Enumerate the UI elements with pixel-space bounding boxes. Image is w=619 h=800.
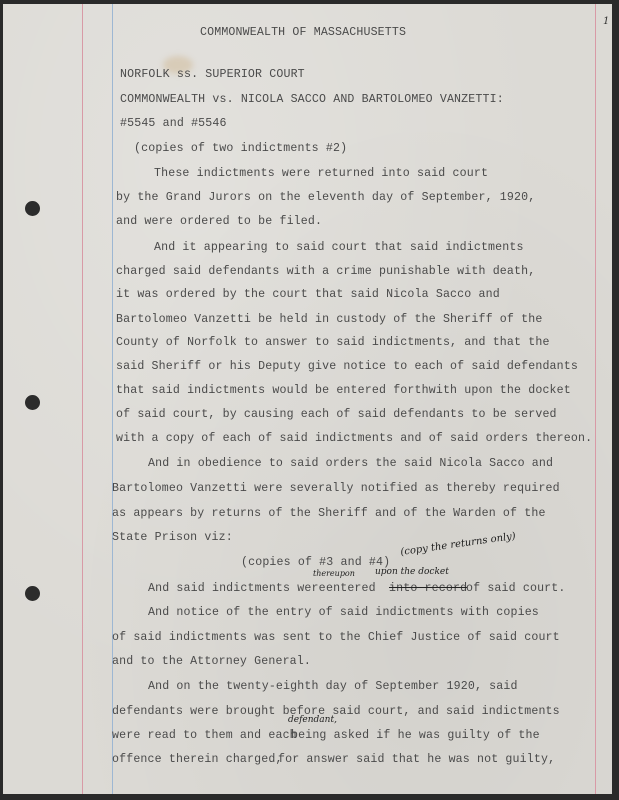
handwritten-copy-note: (copy the returns only) <box>400 531 517 558</box>
copies-note: (copies of two indictments #2) <box>134 142 347 155</box>
text-line: being asked if he was guilty of the <box>291 729 540 742</box>
text-line: offence therein charged, <box>112 753 283 766</box>
text-line: of said indictments was sent to the Chie… <box>112 631 560 644</box>
text-line: of said court, by causing each of said d… <box>116 408 557 421</box>
text-line: Bartolomeo Vanzetti be held in custody o… <box>116 313 542 326</box>
struck-text: into record <box>389 582 467 595</box>
text-line: And in obedience to said orders the said… <box>148 457 553 470</box>
page-number: 1 <box>603 16 609 27</box>
text-line: County of Norfolk to answer to said indi… <box>116 336 550 349</box>
handwritten-thereupon: thereupon <box>313 569 355 578</box>
punch-hole <box>25 201 40 216</box>
margin-line-blue <box>112 4 113 794</box>
text-line: by the Grand Jurors on the eleventh day … <box>116 191 535 204</box>
text-line: said Sheriff or his Deputy give notice t… <box>116 360 578 373</box>
text-line: and were ordered to be filed. <box>116 215 322 228</box>
text-line: with a copy of each of said indictments … <box>116 432 592 445</box>
text-line: entered <box>326 582 376 595</box>
text-line: And it appearing to said court that said… <box>154 241 524 254</box>
text-line: and to the Attorney General. <box>112 655 311 668</box>
text-line: it was ordered by the court that said Ni… <box>116 288 500 301</box>
punch-hole <box>25 586 40 601</box>
court-line: NORFOLK ss. SUPERIOR COURT <box>120 68 305 81</box>
text-line: as appears by returns of the Sheriff and… <box>112 507 546 520</box>
case-line: COMMONWEALTH vs. NICOLA SACCO AND BARTOL… <box>120 93 504 106</box>
margin-line-red-right <box>595 4 596 794</box>
text-line: charged said defendants with a crime pun… <box>116 265 535 278</box>
document-heading: COMMONWEALTH OF MASSACHUSETTS <box>200 26 406 39</box>
text-line: (copies of #3 and #4) <box>241 556 390 569</box>
text-line: And on the twenty-eighth day of Septembe… <box>148 680 518 693</box>
case-numbers: #5545 and #5546 <box>120 117 227 130</box>
text-line: These indictments were returned into sai… <box>154 167 488 180</box>
margin-line-red-left <box>82 4 83 794</box>
handwritten-defendant: defendant, <box>288 715 337 725</box>
document-page: 1 COMMONWEALTH OF MASSACHUSETTS NORFOLK … <box>3 4 612 794</box>
text-line: that said indictments would be entered f… <box>116 384 571 397</box>
punch-hole <box>25 395 40 410</box>
text-line: for answer said that he was not guilty, <box>278 753 555 766</box>
text-line: of said court. <box>466 582 566 595</box>
text-line: State Prison viz: <box>112 531 233 544</box>
text-line: were read to them and each <box>112 729 297 742</box>
text-line: And said indictments were <box>148 582 326 595</box>
handwritten-upon-docket: upon the docket <box>375 567 449 577</box>
text-line: And notice of the entry of said indictme… <box>148 606 539 619</box>
text-line: Bartolomeo Vanzetti were severally notif… <box>112 482 560 495</box>
